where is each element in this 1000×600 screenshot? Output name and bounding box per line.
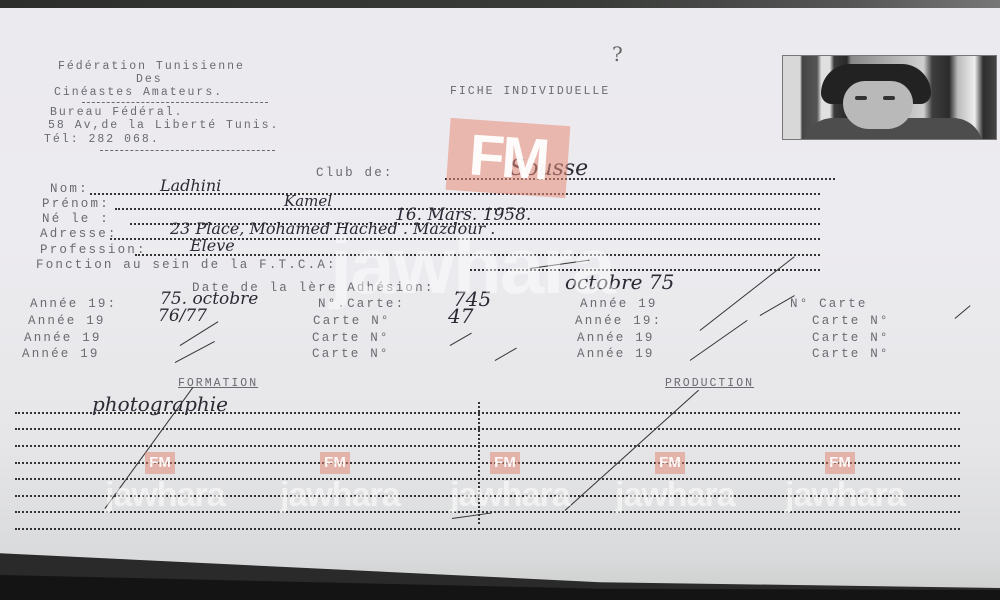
phone-text: Tél: 282 068. [44, 133, 160, 146]
watermark-brand-large: jawhara [330, 220, 614, 312]
blank-line [15, 428, 960, 430]
nom-value: Ladhini [160, 176, 221, 195]
id-photo [782, 55, 997, 140]
watermark-brand: jawhara [105, 476, 225, 515]
year-label: Année 19 [28, 314, 106, 328]
formation-title: FORMATION [178, 377, 258, 390]
fonction-label: Fonction au sein de la F.T.C.A: [36, 258, 337, 272]
profession-value: Eleve [190, 236, 235, 255]
watermark-logo-small: FM [145, 452, 175, 474]
address-text: 58 Av,de la Liberté Tunis. [48, 119, 279, 132]
club-label: Club de: [316, 166, 394, 180]
watermark-brand: jawhara [615, 476, 735, 515]
card-label-2: N° Carte [790, 297, 868, 311]
card-label: Carte N° [312, 331, 390, 345]
watermark-logo-small: FM [490, 452, 520, 474]
office-label: Bureau Fédéral. [50, 106, 184, 119]
year-label: Année 19: [30, 297, 117, 311]
watermark-logo: FM [446, 118, 571, 198]
prenom-label: Prénom: [42, 197, 110, 211]
profession-label: Profession: [40, 243, 147, 257]
year-label: Année 19 [22, 347, 100, 361]
prenom-value: Kamel [284, 192, 332, 210]
card-label: Carte N° [312, 347, 390, 361]
card-label-2: Carte N° [812, 314, 890, 328]
year-value: 76/77 [158, 306, 207, 326]
document-title: FICHE INDIVIDUELLE [450, 85, 610, 98]
year-label: Année 19 [24, 331, 102, 345]
watermark-brand: jawhara [785, 476, 905, 515]
ne-le-label: Né le : [42, 212, 110, 226]
watermark-logo-small: FM [825, 452, 855, 474]
card-label: Carte N° [313, 314, 391, 328]
card-label-2: Carte N° [812, 331, 890, 345]
org-name-line2: Des [136, 73, 163, 86]
blank-line [15, 445, 960, 447]
watermark-logo-small: FM [655, 452, 685, 474]
adresse-label: Adresse: [40, 227, 118, 241]
nom-label: Nom: [50, 182, 89, 196]
year-label-2: Année 19: [575, 314, 662, 328]
watermark-logo-small: FM [320, 452, 350, 474]
org-name-line3: Cinéastes Amateurs. [54, 86, 223, 99]
phone-divider [100, 150, 275, 151]
card-label-2: Carte N° [812, 347, 890, 361]
watermark-brand: jawhara [280, 476, 400, 515]
blank-line [15, 412, 960, 414]
question-mark: ? [612, 42, 623, 66]
year-label-2: Année 19 [577, 347, 655, 361]
production-title: PRODUCTION [665, 377, 754, 390]
header-divider [82, 102, 268, 103]
org-name-line1: Fédération Tunisienne [58, 60, 245, 73]
blank-line [15, 528, 960, 530]
year-label-2: Année 19 [577, 331, 655, 345]
watermark-brand: jawhara [450, 476, 570, 515]
